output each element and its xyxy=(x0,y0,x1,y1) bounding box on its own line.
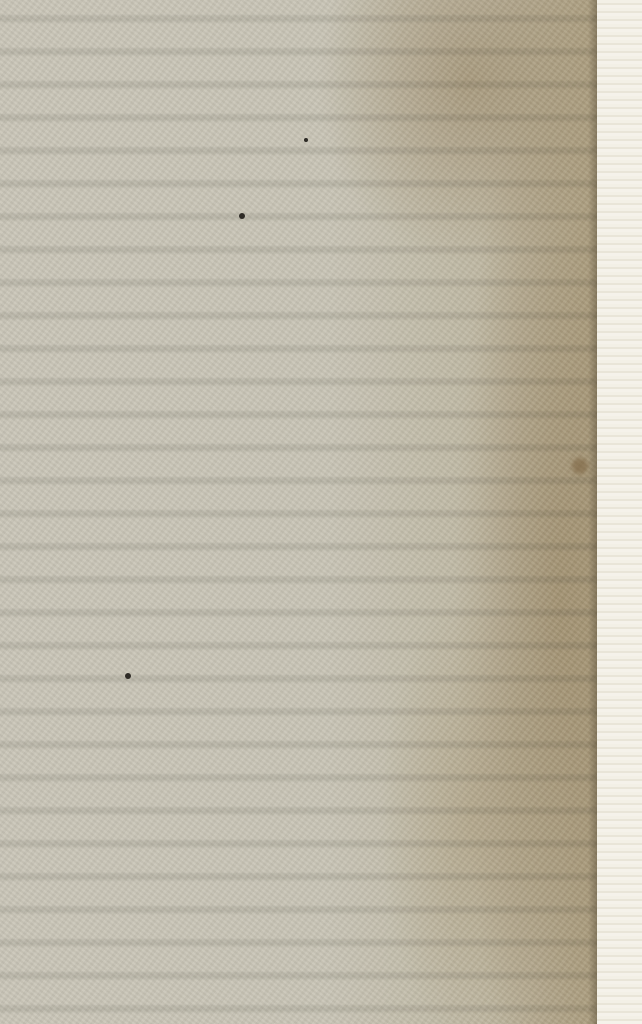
ink-speck xyxy=(239,213,245,219)
foxing-stain xyxy=(572,458,588,474)
ink-speck xyxy=(125,673,131,679)
ink-speck xyxy=(304,138,308,142)
backing-paper-strip xyxy=(597,0,642,1024)
paper-grain-texture xyxy=(0,0,597,1024)
aged-paper-photo xyxy=(0,0,642,1024)
